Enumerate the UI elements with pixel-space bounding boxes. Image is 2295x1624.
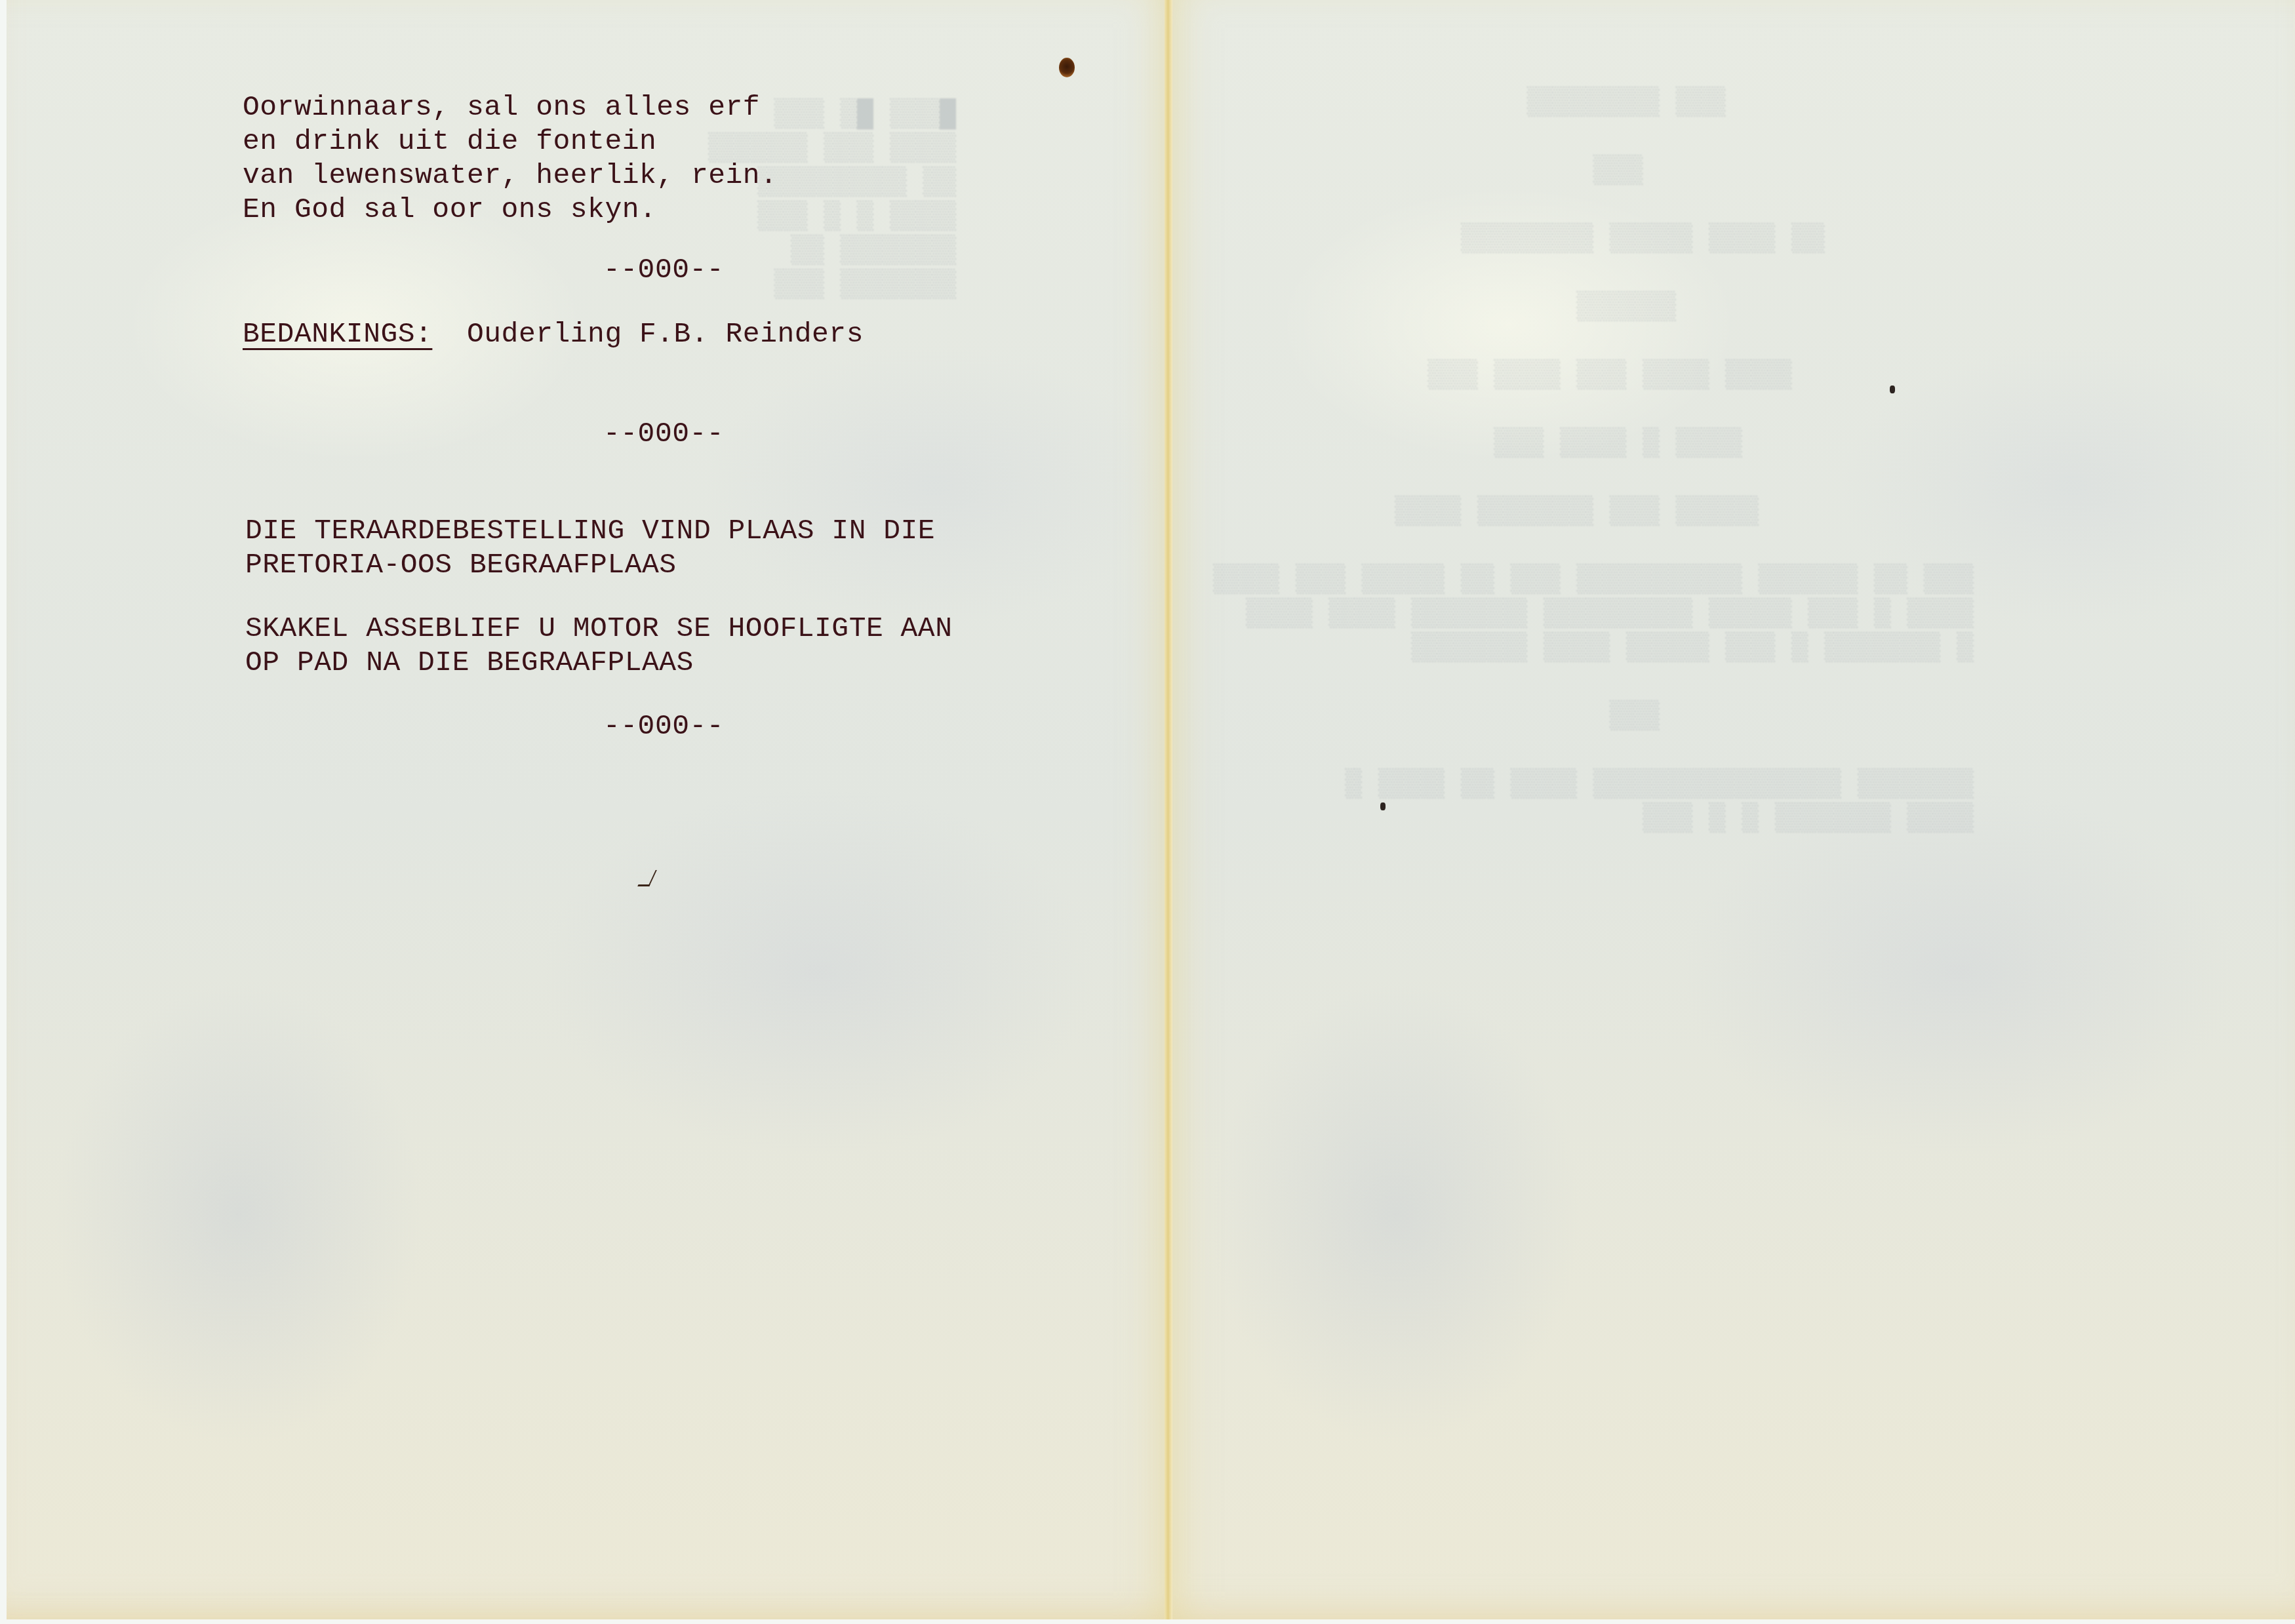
burial-notice: DIE TERAARDEBESTELLING VIND PLAAS IN DIE… (245, 514, 935, 582)
document-spread: █▒▒▒ █▒ ▒▒▒ ▒▒▒▒ ▒▒▒ ▒▒▒▒▒▒ ▒▒ ▒▒▒▒▒▒▒▒▒… (0, 0, 2295, 1624)
headlights-notice-line: SKAKEL ASSEBLIEF U MOTOR SE HOOFLIGTE AA… (245, 612, 952, 646)
poem-stanza: Oorwinnaars, sal ons alles erfen drink u… (243, 90, 777, 227)
rust-spot-icon (1059, 58, 1075, 77)
burial-notice-line: PRETORIA-OOS BEGRAAFPLAAS (245, 548, 935, 582)
spacer (432, 318, 467, 350)
bleed-through-right: ▒▒▒ ▒▒▒▒▒▒▒▒ ▒▒▒ ▒▒ ▒▒▒▒ ▒▒▒▒▒ ▒▒▒▒▒▒▒▒ … (1213, 85, 1973, 835)
left-page (7, 0, 1167, 1619)
page-spine-fold (1165, 0, 1172, 1624)
poem-line: en drink uit die fontein (243, 125, 777, 159)
burial-notice-line: DIE TERAARDEBESTELLING VIND PLAAS IN DIE (245, 514, 935, 548)
scan-bottom-edge (0, 1619, 2295, 1624)
section-divider: --000-- (603, 253, 724, 287)
headlights-notice-line: OP PAD NA DIE BEGRAAFPLAAS (245, 646, 952, 680)
acknowledgements-label: BEDANKINGS: (243, 318, 432, 350)
speck-mark (1890, 386, 1895, 393)
headlights-notice: SKAKEL ASSEBLIEF U MOTOR SE HOOFLIGTE AA… (245, 612, 952, 680)
section-divider: --000-- (603, 709, 724, 743)
acknowledgements-line: BEDANKINGS: Ouderling F.B. Reinders (243, 317, 864, 351)
speck-mark (1380, 802, 1386, 810)
poem-line: van lewenswater, heerlik, rein. (243, 159, 777, 193)
poem-line: Oorwinnaars, sal ons alles erf (243, 90, 777, 125)
acknowledgements-name: Ouderling F.B. Reinders (467, 318, 864, 350)
section-divider: --000-- (603, 417, 724, 451)
poem-line: En God sal oor ons skyn. (243, 193, 777, 227)
